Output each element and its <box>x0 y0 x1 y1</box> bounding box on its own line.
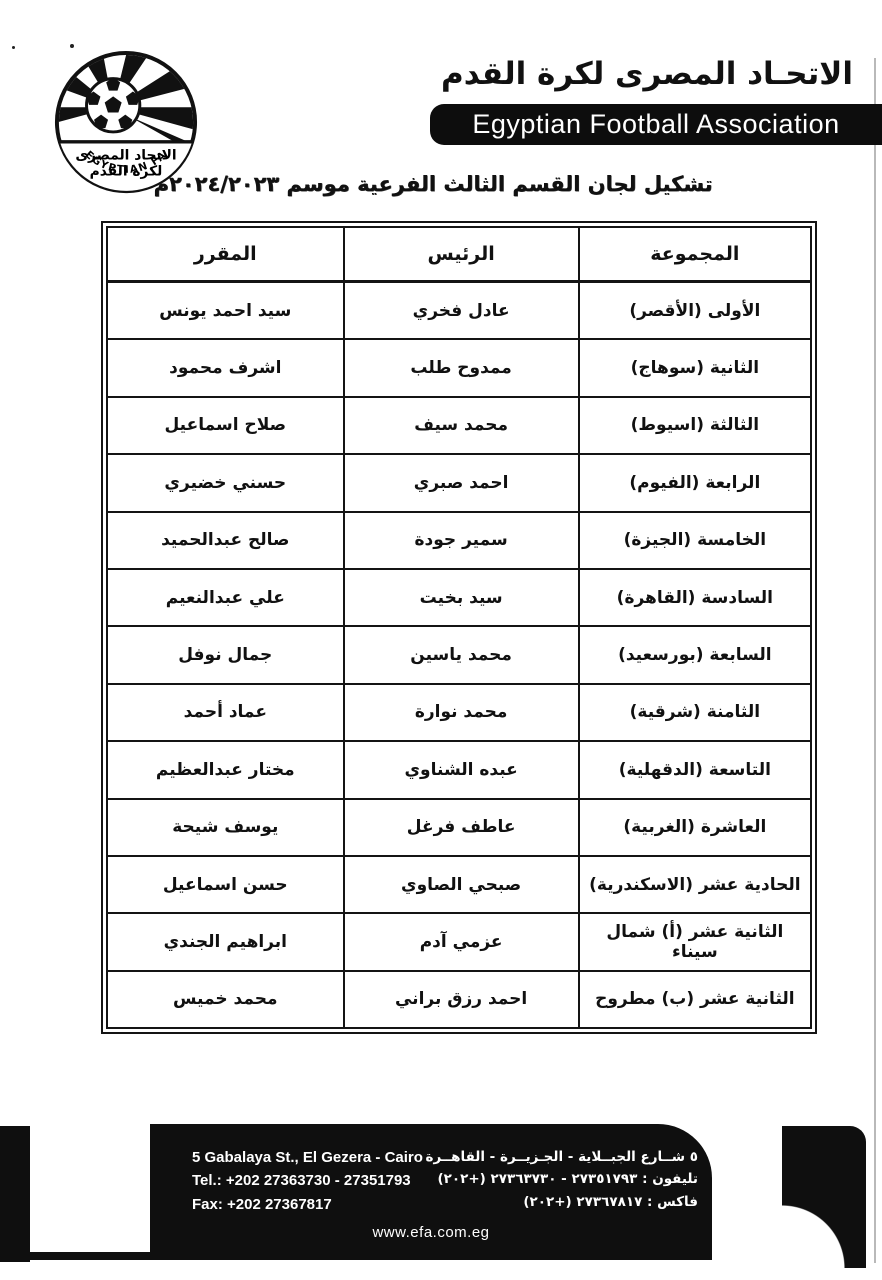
footer-white-notch <box>30 1118 150 1252</box>
address-english: 5 Gabalaya St., El Gezera - Cairo <box>192 1146 442 1169</box>
group-cell: الثالثة (اسيوط) <box>579 397 811 454</box>
footer-contact-english: 5 Gabalaya St., El Gezera - Cairo Tel.: … <box>150 1146 442 1216</box>
table-row: السادسة (القاهرة)سيد بخيتعلي عبدالنعيم <box>107 569 811 626</box>
group-cell: الثامنة (شرقية) <box>579 684 811 741</box>
footer-left-strip <box>0 1126 30 1262</box>
rapporteur-cell: حسن اسماعيل <box>107 856 344 913</box>
group-cell: السادسة (القاهرة) <box>579 569 811 626</box>
chairman-cell: محمد سيف <box>344 397 579 454</box>
chairman-cell: احمد صبري <box>344 454 579 511</box>
org-name-english: Egyptian Football Association <box>472 109 839 140</box>
chairman-cell: محمد نوارة <box>344 684 579 741</box>
table-row: الثانية عشر (أ) شمال سيناءعزمي آدمابراهي… <box>107 913 811 970</box>
group-cell: الأولى (الأقصر) <box>579 282 811 340</box>
chairman-cell: سيد بخيت <box>344 569 579 626</box>
table-row: الأولى (الأقصر)عادل فخريسيد احمد يونس <box>107 282 811 340</box>
rapporteur-cell: حسني خضيري <box>107 454 344 511</box>
website-url: www.efa.com.eg <box>150 1224 712 1241</box>
rapporteur-cell: ابراهيم الجندي <box>107 913 344 970</box>
table-row: الثانية عشر (ب) مطروحاحمد رزق برانيمحمد … <box>107 971 811 1028</box>
chairman-cell: ممدوح طلب <box>344 339 579 396</box>
rapporteur-cell: محمد خميس <box>107 971 344 1028</box>
chairman-cell: عادل فخري <box>344 282 579 340</box>
scan-dot <box>12 46 15 49</box>
footer-contact-band: 5 Gabalaya St., El Gezera - Cairo Tel.: … <box>150 1124 712 1260</box>
group-cell: الخامسة (الجيزة) <box>579 512 811 569</box>
rapporteur-cell: اشرف محمود <box>107 339 344 396</box>
group-cell: العاشرة (الغربية) <box>579 799 811 856</box>
rapporteur-cell: صالح عبدالحميد <box>107 512 344 569</box>
group-cell: الثانية عشر (أ) شمال سيناء <box>579 913 811 970</box>
group-cell: التاسعة (الدقهلية) <box>579 741 811 798</box>
letterhead-footer: 5 Gabalaya St., El Gezera - Cairo Tel.: … <box>0 1118 882 1270</box>
address-arabic: ٥ شــارع الجبــلاية - الجـزيــرة - القاه… <box>446 1146 698 1168</box>
rapporteur-cell: يوسف شيحة <box>107 799 344 856</box>
chairman-cell: عاطف فرغل <box>344 799 579 856</box>
scan-edge-line <box>874 58 876 1263</box>
table-header-row: المجموعة الرئيس المقرر <box>107 227 811 282</box>
rapporteur-column-header: المقرر <box>107 227 344 282</box>
table-row: الرابعة (الفيوم)احمد صبريحسني خضيري <box>107 454 811 511</box>
table-row: الثالثة (اسيوط)محمد سيفصلاح اسماعيل <box>107 397 811 454</box>
tel-english: Tel.: +202 27363730 - 27351793 <box>192 1169 442 1192</box>
group-column-header: المجموعة <box>579 227 811 282</box>
rapporteur-cell: صلاح اسماعيل <box>107 397 344 454</box>
org-name-banner: Egyptian Football Association <box>430 104 882 145</box>
table-row: الثامنة (شرقية)محمد نوارةعماد أحمد <box>107 684 811 741</box>
document-title: تشكيل لجان القسم الثالث الفرعية موسم ٢٠٢… <box>103 172 763 196</box>
footer-contact-arabic: ٥ شــارع الجبــلاية - الجـزيــرة - القاه… <box>442 1146 712 1216</box>
rapporteur-cell: سيد احمد يونس <box>107 282 344 340</box>
group-cell: الرابعة (الفيوم) <box>579 454 811 511</box>
group-cell: الثانية (سوهاج) <box>579 339 811 396</box>
group-cell: السابعة (بورسعيد) <box>579 626 811 683</box>
rapporteur-cell: عماد أحمد <box>107 684 344 741</box>
table-row: الحادية عشر (الاسكندرية)صبحي الصاويحسن ا… <box>107 856 811 913</box>
chairman-cell: محمد ياسين <box>344 626 579 683</box>
chairman-cell: احمد رزق براني <box>344 971 579 1028</box>
rapporteur-cell: مختار عبدالعظيم <box>107 741 344 798</box>
rapporteur-cell: علي عبدالنعيم <box>107 569 344 626</box>
committee-table-body: الأولى (الأقصر)عادل فخريسيد احمد يونسالث… <box>107 282 811 1029</box>
tel-arabic: تليفون : ٢٧٣٥١٧٩٣ - ٢٧٣٦٣٧٣٠ ‎(+٢٠٢) <box>446 1168 698 1190</box>
group-cell: الثانية عشر (ب) مطروح <box>579 971 811 1028</box>
fax-english: Fax: +202 27367817 <box>192 1193 442 1216</box>
fax-arabic: فاكس : ٢٧٣٦٧٨١٧ ‎(+٢٠٢) <box>446 1191 698 1213</box>
footer-right-corner-piece <box>782 1126 866 1268</box>
chairman-cell: عبده الشناوي <box>344 741 579 798</box>
table-row: الخامسة (الجيزة)سمير جودةصالح عبدالحميد <box>107 512 811 569</box>
committees-table: المجموعة الرئيس المقرر الأولى (الأقصر)عا… <box>101 221 817 1034</box>
rapporteur-cell: جمال نوفل <box>107 626 344 683</box>
table-row: العاشرة (الغربية)عاطف فرغليوسف شيحة <box>107 799 811 856</box>
org-name-arabic: الاتحـاد المصرى لكرة القدم <box>420 56 882 98</box>
chairman-column-header: الرئيس <box>344 227 579 282</box>
table-row: الثانية (سوهاج)ممدوح طلباشرف محمود <box>107 339 811 396</box>
chairman-cell: سمير جودة <box>344 512 579 569</box>
chairman-cell: صبحي الصاوي <box>344 856 579 913</box>
group-cell: الحادية عشر (الاسكندرية) <box>579 856 811 913</box>
table-row: السابعة (بورسعيد)محمد ياسينجمال نوفل <box>107 626 811 683</box>
chairman-cell: عزمي آدم <box>344 913 579 970</box>
table-row: التاسعة (الدقهلية)عبده الشناويمختار عبدا… <box>107 741 811 798</box>
